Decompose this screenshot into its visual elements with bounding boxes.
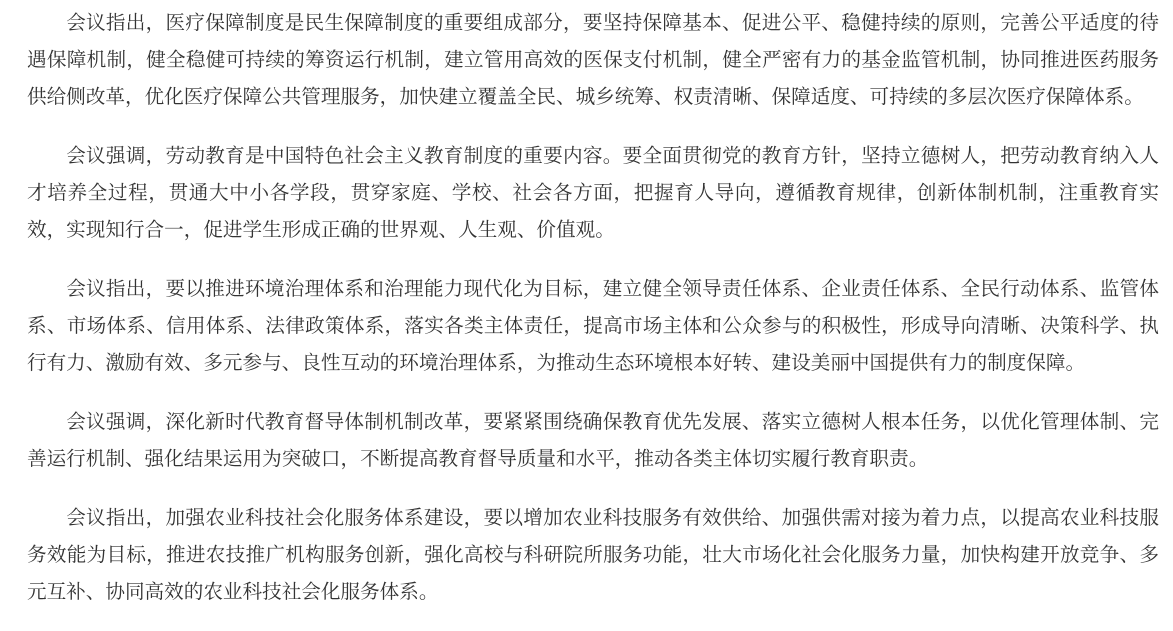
paragraph-labor-education: 会议强调，劳动教育是中国特色社会主义教育制度的重要内容。要全面贯彻党的教育方针，… [27,137,1159,248]
paragraph-agricultural-technology: 会议指出，加强农业科技社会化服务体系建设，要以增加农业科技服务有效供给、加强供需… [27,499,1159,610]
paragraph-education-supervision: 会议强调，深化新时代教育督导体制机制改革，要紧紧围绕确保教育优先发展、落实立德树… [27,403,1159,477]
article-body: 会议指出，医疗保障制度是民生保障制度的重要组成部分，要坚持保障基本、促进公平、稳… [27,4,1159,631]
paragraph-medical-insurance: 会议指出，医疗保障制度是民生保障制度的重要组成部分，要坚持保障基本、促进公平、稳… [27,4,1159,115]
paragraph-environmental-governance: 会议指出，要以推进环境治理体系和治理能力现代化为目标，建立健全领导责任体系、企业… [27,270,1159,381]
